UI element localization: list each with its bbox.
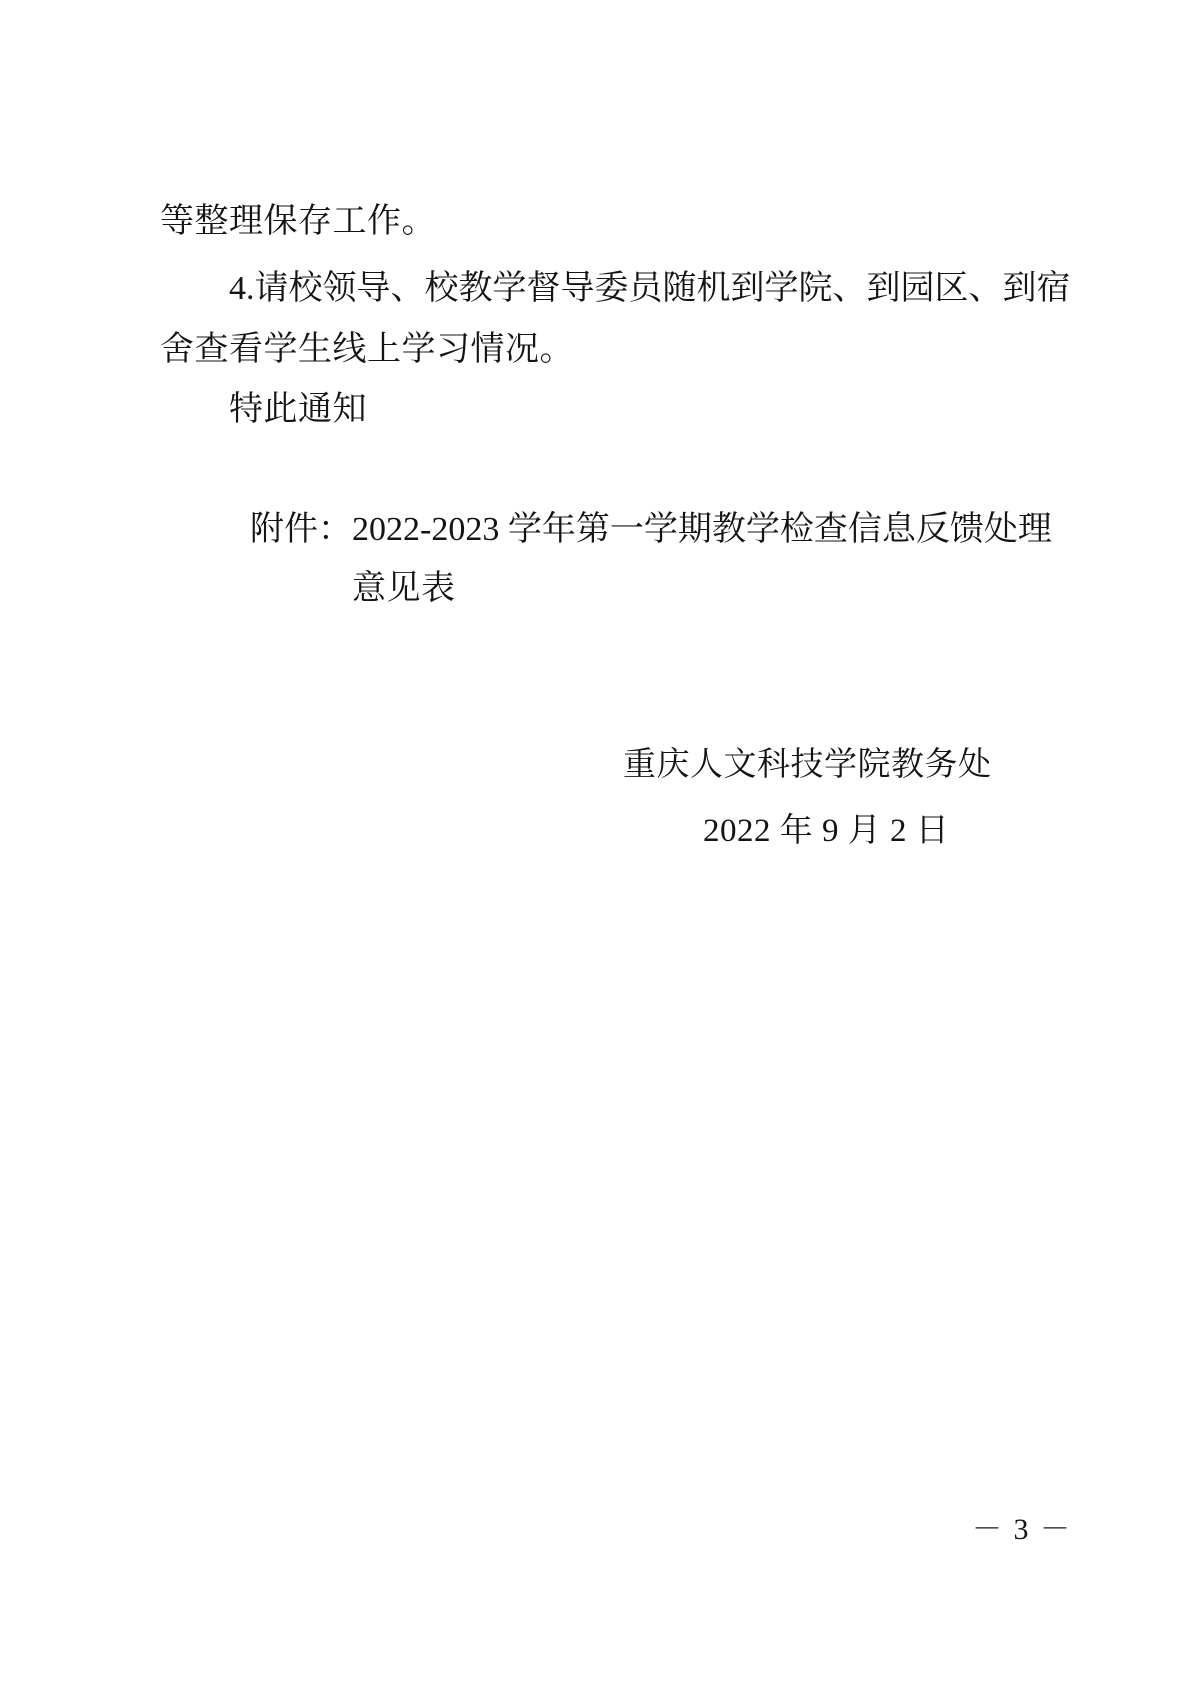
body-paragraph-continuation: 等整理保存工作。: [160, 202, 436, 241]
signature-organization: 重庆人文科技学院教务处: [623, 747, 992, 785]
closing-phrase: 特此通知: [229, 390, 367, 429]
attachment-line1: 附件：2022-2023 学年第一学期教学检查信息反馈处理: [250, 510, 1052, 549]
body-item4-line2: 舍查看学生线上学习情况。: [160, 330, 574, 369]
body-item4-line1: 4.请校领导、校教学督导委员随机到学院、到园区、到宿: [229, 269, 1045, 308]
document-page: 等整理保存工作。 4.请校领导、校教学督导委员随机到学院、到园区、到宿 舍查看学…: [0, 0, 1191, 1684]
page-number: － 3 －: [972, 1513, 1072, 1548]
signature-date: 2022 年 9 月 2 日: [703, 813, 949, 851]
attachment-line2: 意见表: [352, 569, 456, 608]
